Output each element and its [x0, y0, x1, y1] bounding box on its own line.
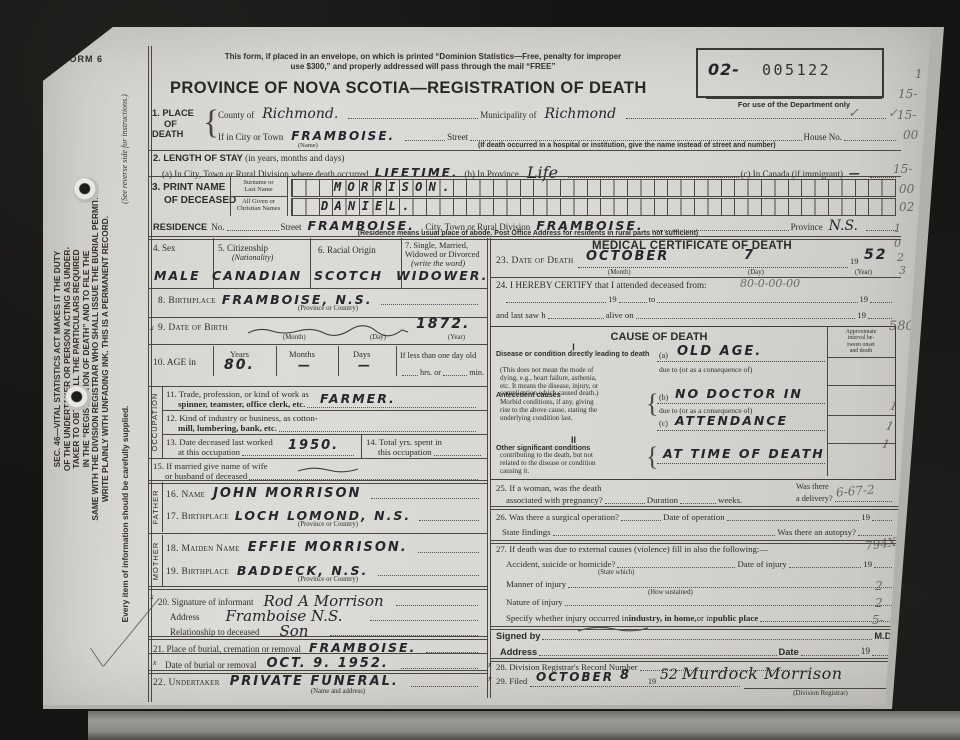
occ-13-line1: 13. Date deceased last worked [166, 437, 273, 447]
q25-line1: 25. If a woman, was the death [496, 483, 602, 493]
name-sublabel: (Name) [298, 142, 318, 149]
form-number: FORM 6 [63, 54, 103, 64]
antecedent-note: Morbid conditions, if any, giving rise t… [500, 399, 658, 422]
print-name-label: 3. PRINT NAME OF DECEASED [152, 181, 236, 207]
occ-12-line1: 12. Kind of industry or business, as cot… [166, 413, 318, 423]
cause-a-prefix: (a) [659, 351, 668, 360]
stay-b-label: (b) In Province [464, 169, 518, 179]
q25-delivery-label2: a delivery? [796, 494, 833, 503]
death-year-sublabel: (Year) [855, 269, 872, 276]
certify-label: 24. I HEREBY CERTIFY that I attended dec… [496, 281, 707, 291]
margin-supplied-note: Every item of information should be care… [120, 373, 132, 655]
citizenship-label: 5. Citizenship [218, 243, 268, 253]
pencil-mark: 1 [915, 67, 923, 81]
county-label: County of [218, 110, 254, 120]
pencil-mark: 00 [903, 128, 918, 142]
q28-footnote-mark: x [488, 660, 492, 669]
cause-a-value: OLD AGE. [677, 344, 762, 359]
q26-operation-label: 26. Was there a surgical operation? [496, 512, 619, 522]
house-no-label: House No. [804, 132, 843, 142]
certify-dates-row: 19 to 19 [504, 293, 894, 304]
interval-line: and death [829, 348, 893, 354]
stamp-number: 005122 [762, 61, 831, 79]
q27-state-which: (State which) [598, 569, 634, 576]
last-saw-row: and last saw h alive on 19 [496, 309, 894, 320]
print-name-line1: 3. PRINT NAME [152, 181, 236, 194]
mother-maiden-row: 18. Maiden Name EFFIE MORRISON. [166, 540, 481, 554]
q29-footnote-mark: x [488, 674, 492, 683]
given-sublabel-2: Christian Names [232, 205, 285, 212]
informant-address-row: Address Framboise N.S. [170, 607, 480, 622]
mother-birthplace-row: 19. Birthplace BADDECK, N.S. [166, 563, 481, 577]
occ-14-line2: this occupation [378, 447, 483, 457]
q27-how-sustained: (How sustained) [648, 589, 693, 596]
y19: 19 [608, 294, 617, 304]
q27-accident-row: Accident, suicide or homicide? Date of i… [506, 558, 894, 569]
q27-nature-row: Nature of injury [506, 597, 894, 607]
burial-place-row: 21. Place of burial, cremation or remova… [153, 640, 480, 654]
division-registrar-sublabel: (Division Registrar) [748, 690, 893, 697]
filed-year-value: 52 [660, 667, 678, 683]
registration-number-box: 02- 005122 [696, 48, 884, 98]
marital-label-2: Widowed or Divorced [405, 250, 480, 259]
q25-weeks-label: weeks. [718, 495, 742, 505]
marital-label-1: 7. Single, Married, [405, 241, 480, 250]
county-value: Richmond. [262, 106, 338, 122]
q25-pregnancy-label: associated with pregnancy? [506, 495, 603, 505]
father-bp-label: 17. Birthplace [166, 512, 229, 522]
q25-line2: associated with pregnancy? Duration week… [506, 494, 776, 505]
y19: 19 [860, 294, 869, 304]
other-conditions-value: AT TIME OF DEATH [663, 446, 825, 461]
cause-brace-1: { [646, 389, 658, 419]
death-year-value: 52 [864, 247, 887, 263]
occ-12-line2: mill, lumbering, bank, etc. [178, 423, 478, 433]
occupation-vertical-label: OCCUPATION [150, 387, 160, 457]
signed-address-row: Address Date 19 [500, 646, 894, 657]
age-hrs-row: hrs. or min. [400, 366, 484, 377]
burial-date-footnote-mark: x [153, 658, 157, 667]
undertaker-row: 22. Undertaker PRIVATE FUNERAL. [153, 674, 480, 688]
burial-date-label: Date of burial or removal [165, 660, 256, 670]
municipality-label: Municipality of [480, 110, 536, 120]
municipality-value: Richmond [544, 106, 616, 122]
pencil-mark: 00 [899, 182, 914, 196]
q26-autopsy-label: Was there an autopsy? [777, 527, 856, 537]
sex-value: MALE [154, 268, 201, 283]
mother-maiden-label: 18. Maiden Name [166, 544, 240, 554]
q27-injury-label: Date of injury [737, 559, 786, 569]
father-name-row: 16. Name JOHN MORRISON [166, 486, 481, 500]
dob-label: 9. Date of Birth [158, 323, 228, 333]
spouse-line1: 15. If married give name of wife [153, 461, 268, 471]
cause-c-prefix: (c) [659, 419, 668, 428]
other-conditions-note: contributing to the death, but not relat… [500, 452, 658, 475]
dob-day-sublabel: (Day) [370, 334, 386, 341]
birthplace-sublabel: (Province or Country) [238, 305, 418, 312]
informant-footnote-mark: x [150, 592, 154, 601]
registration-form: This form, if placed in an envelope, on … [148, 46, 901, 706]
citizenship-value: CANADIAN [212, 268, 302, 283]
print-name-line2: OF DECEASED [164, 194, 236, 207]
punch-hole-bottom [65, 385, 91, 411]
mother-maiden-value: EFFIE MORRISON. [248, 540, 408, 555]
father-name-label: 16. Name [166, 490, 205, 500]
death-month-value: OCTOBER [586, 249, 669, 264]
book-page-edges [88, 711, 960, 740]
city-value: FRAMBOISE. [291, 129, 395, 143]
occ-11-line1: 11. Trade, profession, or kind of work a… [166, 389, 309, 399]
mother-bp-sublabel: (Province or Country) [248, 576, 408, 583]
racial-origin-value: SCOTCH [314, 268, 383, 283]
death-year-pre: 19 [850, 256, 859, 266]
informant-label: 20. Signature of informant [158, 597, 253, 607]
surname-comb-field: MORRISON. [291, 179, 896, 197]
q27-accident-label: Accident, suicide or homicide? [506, 559, 615, 569]
cause-b-prefix: (b) [659, 393, 668, 402]
age-label: 10. AGE in [153, 358, 196, 368]
squiggle-mark [298, 466, 358, 474]
q25-duration-label: Duration [647, 495, 678, 505]
interval-column-header: Approximate interval be- tween onset and… [829, 329, 893, 355]
given-name-comb-field: DANIEL. [291, 198, 896, 216]
stay-a-value: LIFETIME. [375, 166, 459, 180]
place-county-row: County of Richmond. Municipality of Rich… [218, 106, 898, 120]
place-brace: { [203, 104, 219, 142]
age-days-value: — [358, 358, 372, 372]
date-label: Date [779, 647, 799, 657]
division-registrar-signature: Murdock Morrison [682, 664, 843, 683]
sex-label: 4. Sex [153, 243, 176, 253]
q27-specify-bold2: public place [713, 613, 758, 623]
pencil-mark: 02 [899, 200, 914, 214]
squiggle-mark [578, 626, 648, 634]
place-label3: DEATH [152, 129, 194, 140]
informant-signature-row: 20. Signature of informant Rod A Morriso… [158, 592, 480, 607]
signed-by-label: Signed by [496, 631, 540, 641]
cause-b-value: NO DOCTOR IN [675, 386, 803, 401]
cause-brace-2: { [646, 442, 658, 472]
q27-specify-mid: or in [697, 613, 713, 623]
date-of-death-label: 23. Date of Death [496, 256, 574, 266]
dob-year-sublabel: (Year) [448, 334, 465, 341]
filed-month-value: OCTOBER [536, 670, 614, 684]
last-saw-label: and last saw h [496, 310, 546, 320]
burial-date-value: OCT. 9. 1952. [266, 656, 388, 671]
filed-day-value: 8 [620, 668, 631, 683]
undertaker-value: PRIVATE FUNERAL. [230, 674, 399, 689]
q27-specify-pre: Specify whether injury occurred in [506, 613, 629, 623]
death-month-sublabel: (Month) [608, 269, 631, 276]
marital-value: WIDOWER. [396, 268, 488, 283]
age-months-value: — [298, 358, 312, 372]
q25-delivery-label1: Was there [796, 482, 829, 491]
death-day-sublabel: (Day) [748, 269, 764, 276]
place-of-death-label: 1. PLACE OF DEATH [152, 108, 194, 140]
mail-notice: This form, if placed in an envelope, on … [188, 52, 658, 71]
burial-date-row: Date of burial or removal OCT. 9. 1952. [165, 656, 480, 670]
father-name-value: JOHN MORRISON [213, 486, 361, 501]
dob-month-sublabel: (Month) [283, 334, 306, 341]
birthplace-label: 8. Birthplace [158, 296, 216, 306]
birthplace-row: 8. Birthplace FRAMBOISE, N.S. [158, 292, 480, 306]
disease-label: Disease or condition directly leading to… [496, 351, 656, 359]
pencil-check: ✓ [888, 106, 898, 120]
antecedent-line: underlying condition last. [500, 415, 658, 423]
address-label: Address [500, 647, 537, 657]
q27-manner-row: Manner of injury [506, 579, 894, 589]
age-hrs-label: hrs. or [420, 368, 441, 377]
given-sublabel: All Given or Christian Names [232, 198, 285, 212]
place-no: 1. [152, 108, 160, 118]
q27-specify-row: Specify whether injury occurred in indus… [506, 613, 894, 623]
occ-12-bold: mill, lumbering, bank, etc. [178, 423, 277, 433]
father-bp-sublabel: (Province or Country) [248, 521, 408, 528]
q26-findings-label: State findings [502, 527, 551, 537]
q26-row2: State findings Was there an autopsy? [502, 526, 894, 537]
mail-notice-line1: This form, if placed in an envelope, on … [188, 52, 658, 62]
y19: 19 [648, 677, 656, 686]
duty-line: WRITE PLAINLY WITH UNFADING INK. THIS IS… [101, 129, 111, 589]
cause-of-death-box: CAUSE OF DEATH Approximate interval be- … [490, 326, 896, 480]
given-name-value: DANIEL. [321, 199, 416, 213]
citizenship-sublabel: (Nationality) [232, 253, 273, 262]
q26-date-label: Date of operation [663, 512, 725, 522]
dob-year-value: 1872. [416, 316, 470, 332]
place-label1: PLACE [162, 108, 194, 118]
death-day-value: 7 [744, 248, 755, 263]
stamp-prefix: 02- [708, 60, 740, 79]
other-line: causing it. [500, 468, 658, 476]
stay-c-label: (c) In Canada (if immigrant) [741, 169, 843, 179]
undertaker-label: 22. Undertaker [153, 678, 220, 688]
stay-label: 2. LENGTH OF STAY [153, 153, 243, 163]
surname-value: MORRISON. [334, 180, 456, 194]
q27-nature-label: Nature of injury [506, 597, 563, 607]
stay-label-paren: (in years, months and days) [245, 153, 344, 163]
place-city-row: If in City or Town FRAMBOISE. Street Hou… [218, 129, 898, 142]
occ-trade-value: FARMER. [320, 391, 396, 406]
residence-label: RESIDENCE [153, 222, 207, 232]
hospital-note: (If death occurred in a hospital or inst… [478, 142, 776, 149]
undertaker-sublabel: (Name and address) [258, 688, 418, 695]
q29-filed-label: 29. Filed [496, 676, 527, 686]
city-label: If in City or Town [218, 132, 283, 142]
age-min-label: min. [469, 368, 484, 377]
occ-14-line1: 14. Total yrs. spent in [366, 437, 442, 447]
y19: 19 [861, 647, 870, 657]
mail-notice-line2: use $300,” and properly addressed will p… [188, 62, 658, 72]
mother-vertical-label: MOTHER [151, 539, 161, 583]
racial-origin-label: 6. Racial Origin [318, 245, 376, 255]
pencil-cert-code: 80-0-00-00 [740, 277, 800, 290]
punch-hole-top [73, 177, 99, 203]
y19: 19 [861, 512, 870, 522]
street-label: Street [447, 132, 468, 142]
marital-label: 7. Single, Married, Widowed or Divorced … [405, 241, 480, 268]
mother-bp-label: 19. Birthplace [166, 567, 229, 577]
due-to-label-1: due to (or as a consequence of) [659, 365, 752, 374]
signed-by-row: Signed by M.D. [496, 631, 894, 641]
stay-label-row: 2. LENGTH OF STAY (in years, months and … [153, 153, 344, 163]
surname-sublabel: Surname or Last Name [232, 179, 285, 193]
q27-line1: 27. If death was due to external causes … [496, 544, 768, 554]
margin-reverse-note: (See reverse side for instructions.) [120, 62, 132, 236]
age-less-label: If less than one day old [400, 351, 476, 360]
informant-addr-label: Address [170, 612, 200, 622]
marital-label-3: (write the word) [411, 259, 480, 268]
y19: 19 [863, 559, 872, 569]
alive-on-label: alive on [606, 310, 634, 320]
death-registration-page: SEC. 46—VITAL STATISTICS ACT MAKES IT TH… [43, 27, 931, 705]
informant-relationship-row: Relationship to deceased Son [170, 622, 480, 637]
surname-sublabel-1: Surname or [232, 179, 285, 186]
occ-14-cont: this occupation [378, 447, 432, 457]
occ-11-bold: spinner, teamster, office clerk, etc. [178, 399, 305, 409]
medical-certificate-title: MEDICAL CERTIFICATE OF DEATH [490, 240, 894, 252]
q27-specify-bold1: industry, in home, [629, 613, 697, 623]
pencil-check-stroke [90, 648, 103, 667]
occ-last-worked-value: 1950. [288, 438, 339, 453]
occ-13-cont: at this occupation [178, 447, 240, 457]
stay-a-label: (a) In City, Town or Rural Division wher… [162, 169, 369, 179]
page-title: PROVINCE OF NOVA SCOTIA—REGISTRATION OF … [170, 79, 647, 98]
surname-sublabel-2: Last Name [232, 186, 285, 193]
y19: 19 [857, 310, 866, 320]
cause-c-value: ATTENDANCE [675, 413, 788, 428]
certify-to: to [649, 294, 656, 304]
given-sublabel-1: All Given or [232, 198, 285, 205]
place-label2: OF [164, 119, 194, 130]
father-birthplace-row: 17. Birthplace LOCH LOMOND, N.S. [166, 508, 481, 522]
q26-row1: 26. Was there a surgical operation? Date… [496, 511, 894, 522]
q27-manner-label: Manner of injury [506, 579, 566, 589]
father-vertical-label: FATHER [151, 485, 161, 529]
dob-footnote-mark: x [150, 323, 154, 332]
age-years-value: 80. [224, 357, 255, 373]
